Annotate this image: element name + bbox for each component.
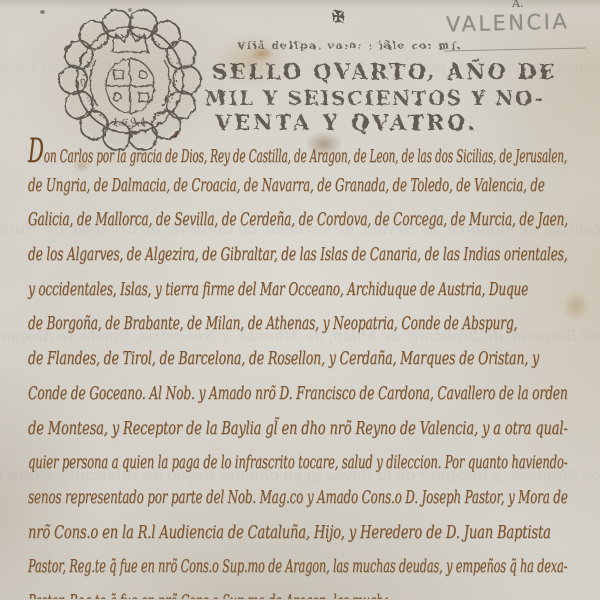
ink-speck	[128, 8, 132, 12]
manuscript-line: de Montesa, y Receptor de la Baylia gl̃ …	[28, 412, 444, 447]
stamp-title-line-2: MIL Y SEISCIENTOS Y NO-	[205, 87, 545, 110]
manuscript-line-clipped: Pastor, Reg.te q̃ fue en nrõ Cons.o Sup.…	[28, 585, 388, 599]
official-seal-stamp: 1694 10 2	[59, 10, 201, 150]
manuscript-line: de Borgoña, de Brabante, de Milan, de At…	[28, 307, 416, 342]
manuscript-line: de Ungria, de Dalmacia, de Croacia, de N…	[28, 169, 404, 204]
manuscript-line: Pastor, Reg.te q̃ fue en nrõ Cons.o Sup.…	[28, 550, 388, 585]
manuscript-line: de Flandes, de Tirol, de Barcelona, de R…	[28, 342, 427, 377]
paper-stain	[72, 158, 92, 173]
manuscript-line: Galicia, de Mallorca, de Sevilla, de Cer…	[28, 203, 414, 238]
ink-speck	[40, 10, 45, 14]
paper-stain	[562, 290, 590, 322]
manuscript-document-page: 1694 10 2 ✠ Vſiã delſpa. vo:o: : iãle co…	[0, 0, 600, 600]
stamp-cross-icon: ✠	[332, 8, 345, 26]
manuscript-line: senos representado por parte del Nob. Ma…	[28, 481, 406, 516]
bleedthrough-line: senos representado por parte del Nob. Ma…	[0, 58, 600, 76]
seal-left-number: 10	[74, 79, 86, 89]
paper-stain	[250, 46, 274, 61]
region-label-handwritten: VALENCIA	[446, 9, 570, 36]
manuscript-body: Don Carlos por la gracia de Dios, Rey de…	[28, 134, 586, 599]
stamp-title-line-3: VENTA Y QVATRO.	[214, 110, 477, 135]
seal-year: 1694	[112, 116, 148, 129]
manuscript-line: nrõ Cons.o en la R.l Audiencia de Catalu…	[28, 516, 444, 551]
corner-mark: A.	[512, 0, 523, 10]
manuscript-line: y occidentales, Islas, y tierra firme de…	[28, 273, 411, 308]
manuscript-line: Conde de Goceano. Al Nob. y Amado nrõ D.…	[28, 377, 418, 412]
manuscript-line: quier persona a quien la paga de lo infr…	[28, 446, 397, 481]
manuscript-line: de los Algarves, de Algezira, de Gibralt…	[28, 238, 414, 273]
